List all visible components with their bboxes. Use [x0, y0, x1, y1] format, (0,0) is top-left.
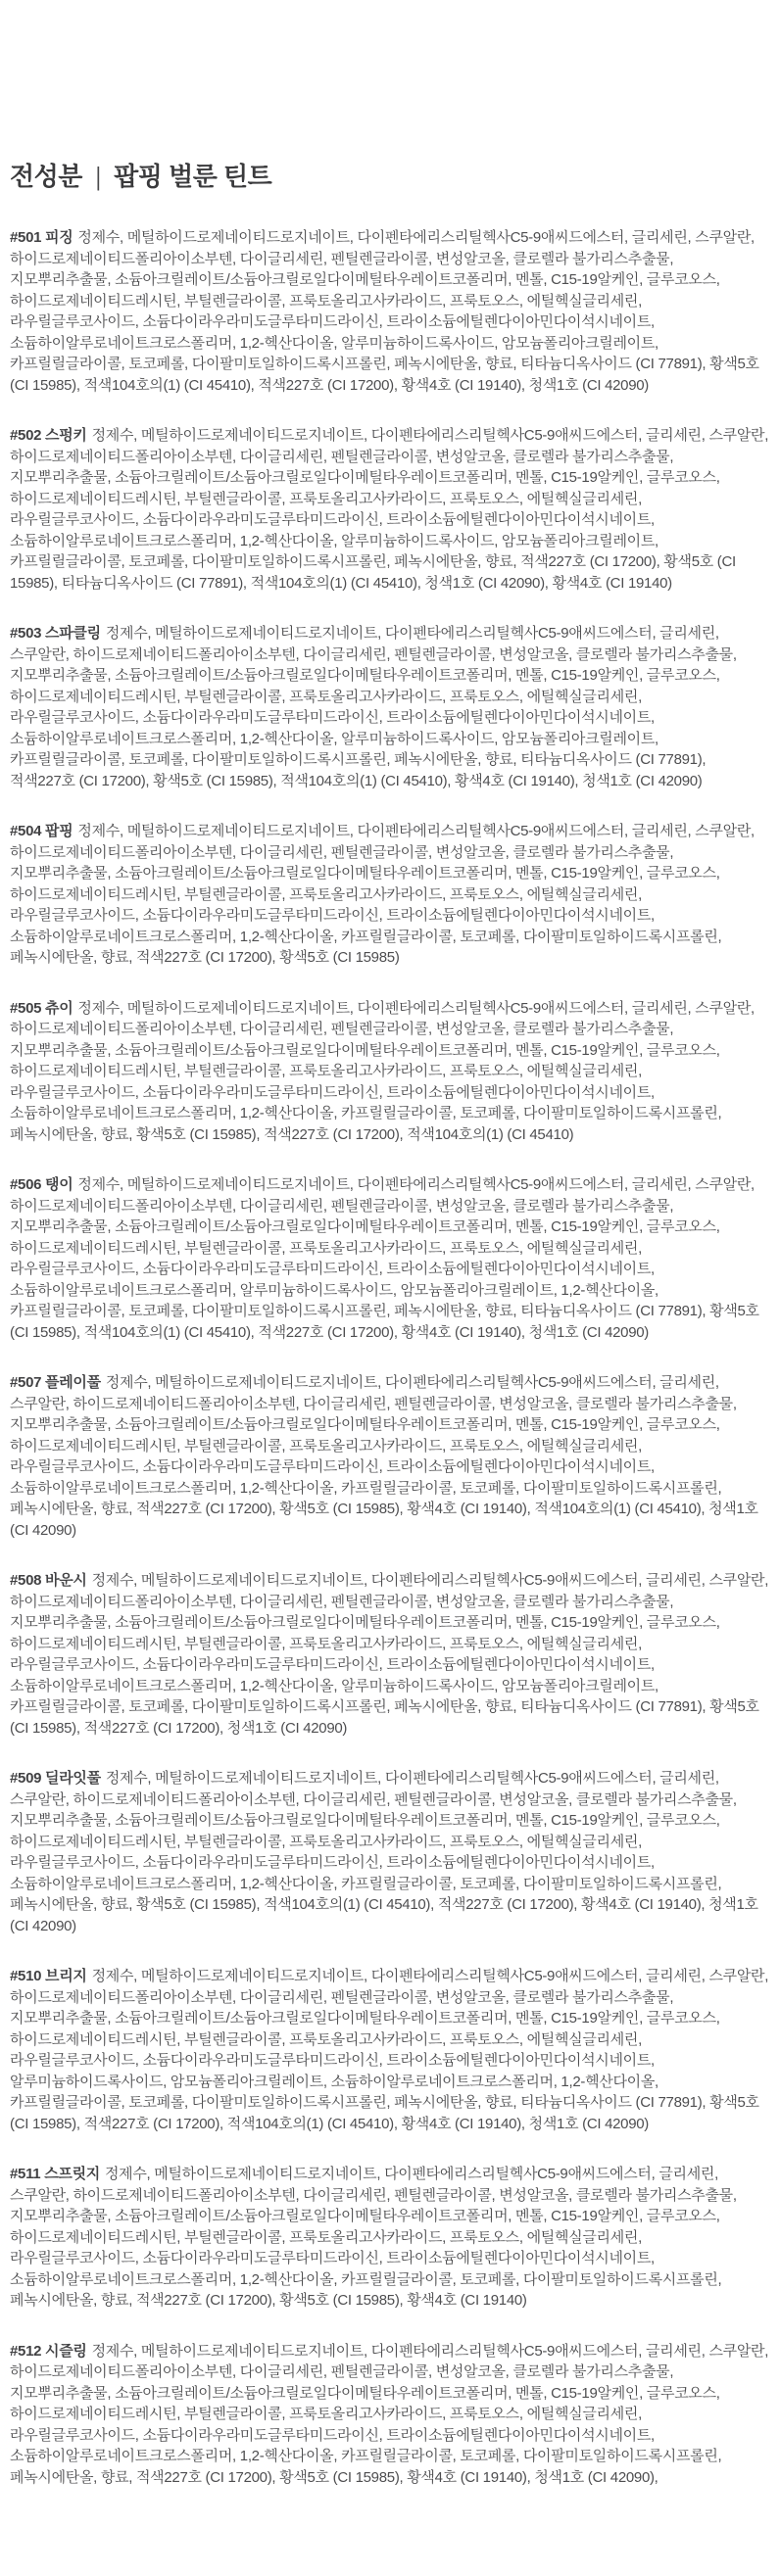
ingredient-entry: #503 스파클링정제수, 메틸하이드로제네이티드로지네이트, 다이펜타에리스리…	[10, 623, 772, 791]
entry-label: #512 시즐링	[10, 2343, 87, 2360]
entry-ingredients: 정제수, 메틸하이드로제네이티드로지네이트, 다이펜타에리스리틸헥사C5-9애씨…	[10, 229, 759, 394]
ingredients-document: 전성분|팝핑 벌룬 틴트 #501 피징정제수, 메틸하이드로제네이티드로지네이…	[0, 0, 780, 2576]
entry-ingredients: 정제수, 메틸하이드로제네이티드로지네이트, 다이펜타에리스리틸헥사C5-9애씨…	[10, 1374, 758, 1539]
entry-ingredients: 정제수, 메틸하이드로제네이티드로지네이트, 다이펜타에리스리틸헥사C5-9애씨…	[10, 1572, 768, 1737]
entry-label: #508 바운시	[10, 1572, 87, 1589]
ingredient-entry: #511 스프릿지정제수, 메틸하이드로제네이티드로지네이트, 다이펜타에리스리…	[10, 2164, 772, 2312]
entry-ingredients: 정제수, 메틸하이드로제네이티드로지네이트, 다이펜타에리스리틸헥사C5-9애씨…	[10, 427, 768, 592]
ingredient-entry: #508 바운시정제수, 메틸하이드로제네이티드로지네이트, 다이펜타에리스리틸…	[10, 1570, 772, 1739]
ingredient-entry: #502 스펑키정제수, 메틸하이드로제네이티드로지네이트, 다이펜타에리스리틸…	[10, 425, 772, 594]
entry-label: #507 플레이풀	[10, 1374, 101, 1391]
entry-ingredients: 정제수, 메틸하이드로제네이티드로지네이트, 다이펜타에리스리틸헥사C5-9애씨…	[10, 1968, 768, 2132]
entry-ingredients: 정제수, 메틸하이드로제네이티드로지네이트, 다이펜타에리스리틸헥사C5-9애씨…	[10, 1000, 755, 1143]
entry-label: #501 피징	[10, 229, 73, 246]
ingredient-entry: #512 시즐링정제수, 메틸하이드로제네이티드로지네이트, 다이펜타에리스리틸…	[10, 2341, 772, 2489]
entry-label: #506 탱이	[10, 1176, 73, 1193]
page-title-label: 전성분	[10, 162, 82, 191]
entry-label: #510 브리지	[10, 1968, 87, 1984]
ingredient-entry: #501 피징정제수, 메틸하이드로제네이티드로지네이트, 다이펜타에리스리틸헥…	[10, 227, 772, 396]
ingredient-entry: #509 딜라잇풀정제수, 메틸하이드로제네이티드로지네이트, 다이펜타에리스리…	[10, 1768, 772, 1936]
entry-label: #505 츄이	[10, 1000, 73, 1017]
entry-ingredients: 정제수, 메틸하이드로제네이티드로지네이트, 다이펜타에리스리틸헥사C5-9애씨…	[10, 823, 755, 966]
entry-label: #503 스파클링	[10, 625, 101, 642]
entry-ingredients: 정제수, 메틸하이드로제네이티드로지네이트, 다이펜타에리스리틸헥사C5-9애씨…	[10, 2343, 768, 2486]
entry-ingredients: 정제수, 메틸하이드로제네이티드로지네이트, 다이펜타에리스리틸헥사C5-9애씨…	[10, 1176, 759, 1341]
entry-label: #504 팝핑	[10, 823, 73, 839]
title-separator: |	[95, 159, 100, 194]
page-title: 전성분|팝핑 벌룬 틴트	[10, 159, 772, 194]
entry-label: #511 스프릿지	[10, 2166, 100, 2182]
ingredient-entry: #505 츄이정제수, 메틸하이드로제네이티드로지네이트, 다이펜타에리스리틸헥…	[10, 998, 772, 1146]
page-title-product: 팝핑 벌룬 틴트	[114, 162, 271, 191]
entry-label: #509 딜라잇풀	[10, 1770, 101, 1787]
ingredient-entry: #507 플레이풀정제수, 메틸하이드로제네이티드로지네이트, 다이펜타에리스리…	[10, 1372, 772, 1541]
ingredient-list: #501 피징정제수, 메틸하이드로제네이티드로지네이트, 다이펜타에리스리틸헥…	[10, 227, 772, 2488]
ingredient-entry: #504 팝핑정제수, 메틸하이드로제네이티드로지네이트, 다이펜타에리스리틸헥…	[10, 821, 772, 969]
entry-ingredients: 정제수, 메틸하이드로제네이티드로지네이트, 다이펜타에리스리틸헥사C5-9애씨…	[10, 625, 737, 789]
entry-ingredients: 정제수, 메틸하이드로제네이티드로지네이트, 다이펜타에리스리틸헥사C5-9애씨…	[10, 2166, 737, 2309]
entry-ingredients: 정제수, 메틸하이드로제네이티드로지네이트, 다이펜타에리스리틸헥사C5-9애씨…	[10, 1770, 758, 1934]
entry-label: #502 스펑키	[10, 427, 87, 444]
ingredient-entry: #510 브리지정제수, 메틸하이드로제네이티드로지네이트, 다이펜타에리스리틸…	[10, 1966, 772, 2134]
ingredient-entry: #506 탱이정제수, 메틸하이드로제네이티드로지네이트, 다이펜타에리스리틸헥…	[10, 1174, 772, 1343]
